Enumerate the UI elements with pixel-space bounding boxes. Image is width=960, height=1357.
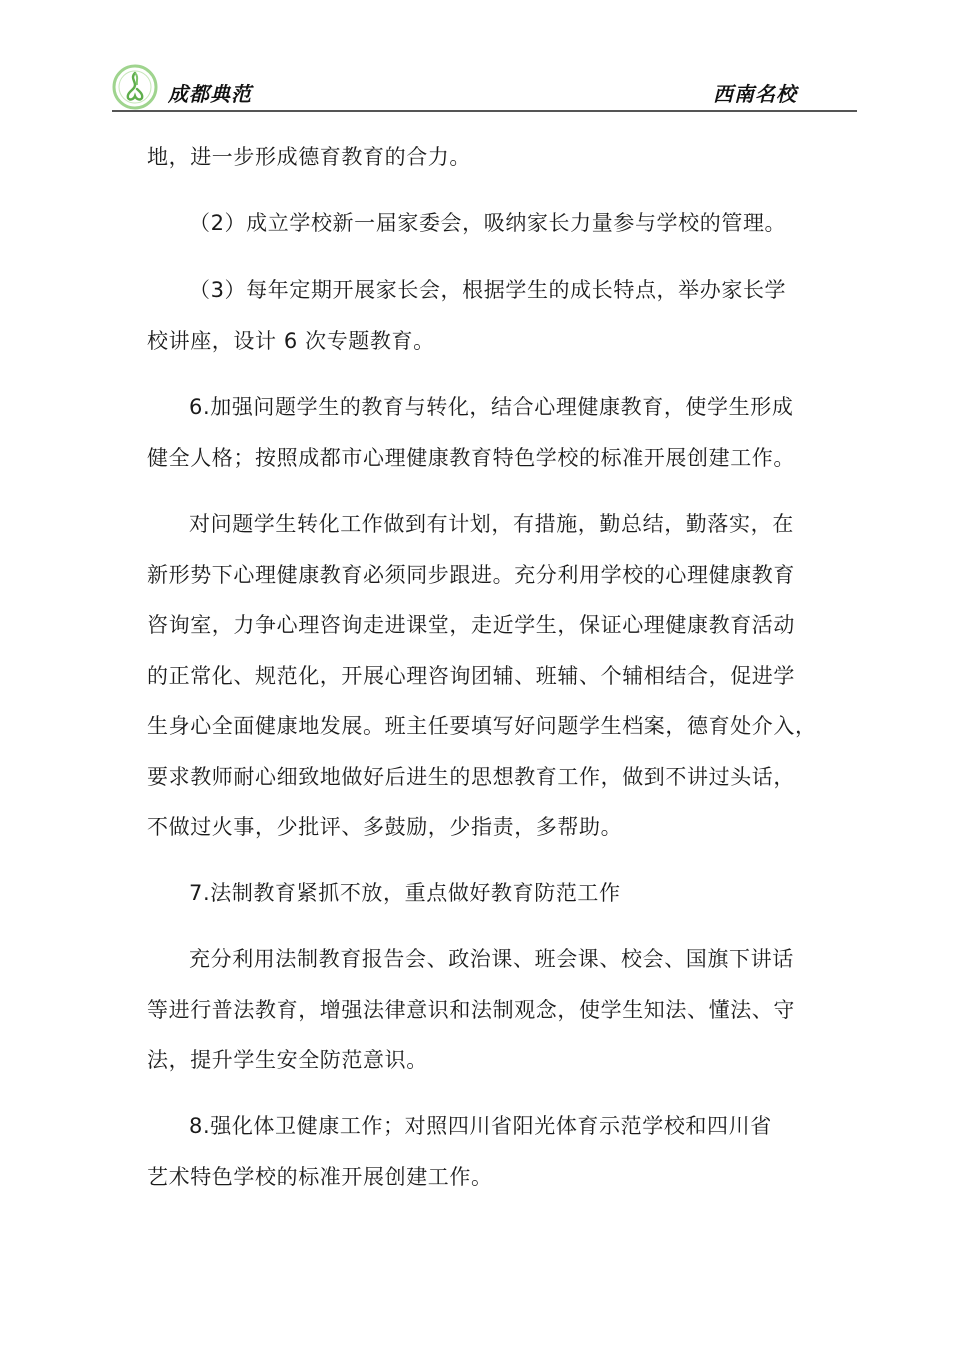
text-line: 充分利用法制教育报告会、政治课、班会课、校会、国旗下讲话	[147, 944, 794, 974]
text-line: 对问题学生转化工作做到有计划，有措施，勤总结，勤落实，在	[147, 509, 794, 539]
brand-left-text: 成都典范	[168, 78, 252, 107]
section-heading: 7.法制教育紧抓不放，重点做好教育防范工作	[147, 878, 621, 908]
text-line: 的正常化、规范化，开展心理咨询团辅、班辅、个辅相结合，促进学	[147, 661, 795, 691]
school-emblem-icon	[112, 64, 158, 110]
page-header: 成都典范 西南名校	[112, 60, 857, 112]
brand-right-text: 西南名校	[713, 78, 797, 107]
header-divider	[112, 110, 857, 112]
text-line: 法，提升学生安全防范意识。	[147, 1045, 428, 1075]
text-line: 不做过火事，少批评、多鼓励，少指责，多帮助。	[147, 812, 622, 842]
text-line: 健全人格；按照成都市心理健康教育特色学校的标准开展创建工作。	[147, 443, 795, 473]
text-line: （2）成立学校新一届家委会，吸纳家长力量参与学校的管理。	[147, 208, 786, 238]
section-heading: 6.加强问题学生的教育与转化，结合心理健康教育，使学生形成	[147, 392, 793, 422]
section-heading: 8.强化体卫健康工作；对照四川省阳光体育示范学校和四川省	[147, 1111, 772, 1141]
text-line: 要求教师耐心细致地做好后进生的思想教育工作，做到不讲过头话，	[147, 762, 795, 792]
text-line: 等进行普法教育，增强法律意识和法制观念，使学生知法、懂法、守	[147, 995, 795, 1025]
text-line: 地，进一步形成德育教育的合力。	[147, 142, 471, 172]
text-line: （3）每年定期开展家长会，根据学生的成长特点，举办家长学	[147, 275, 786, 305]
text-line: 咨询室，力争心理咨询走进课堂，走近学生，保证心理健康教育活动	[147, 610, 795, 640]
text-line: 艺术特色学校的标准开展创建工作。	[147, 1162, 493, 1192]
text-line: 校讲座，设计 6 次专题教育。	[147, 326, 435, 356]
text-line: 新形势下心理健康教育必须同步跟进。充分利用学校的心理健康教育	[147, 560, 795, 590]
text-line: 生身心全面健康地发展。班主任要填写好问题学生档案，德育处介入，	[147, 711, 817, 741]
